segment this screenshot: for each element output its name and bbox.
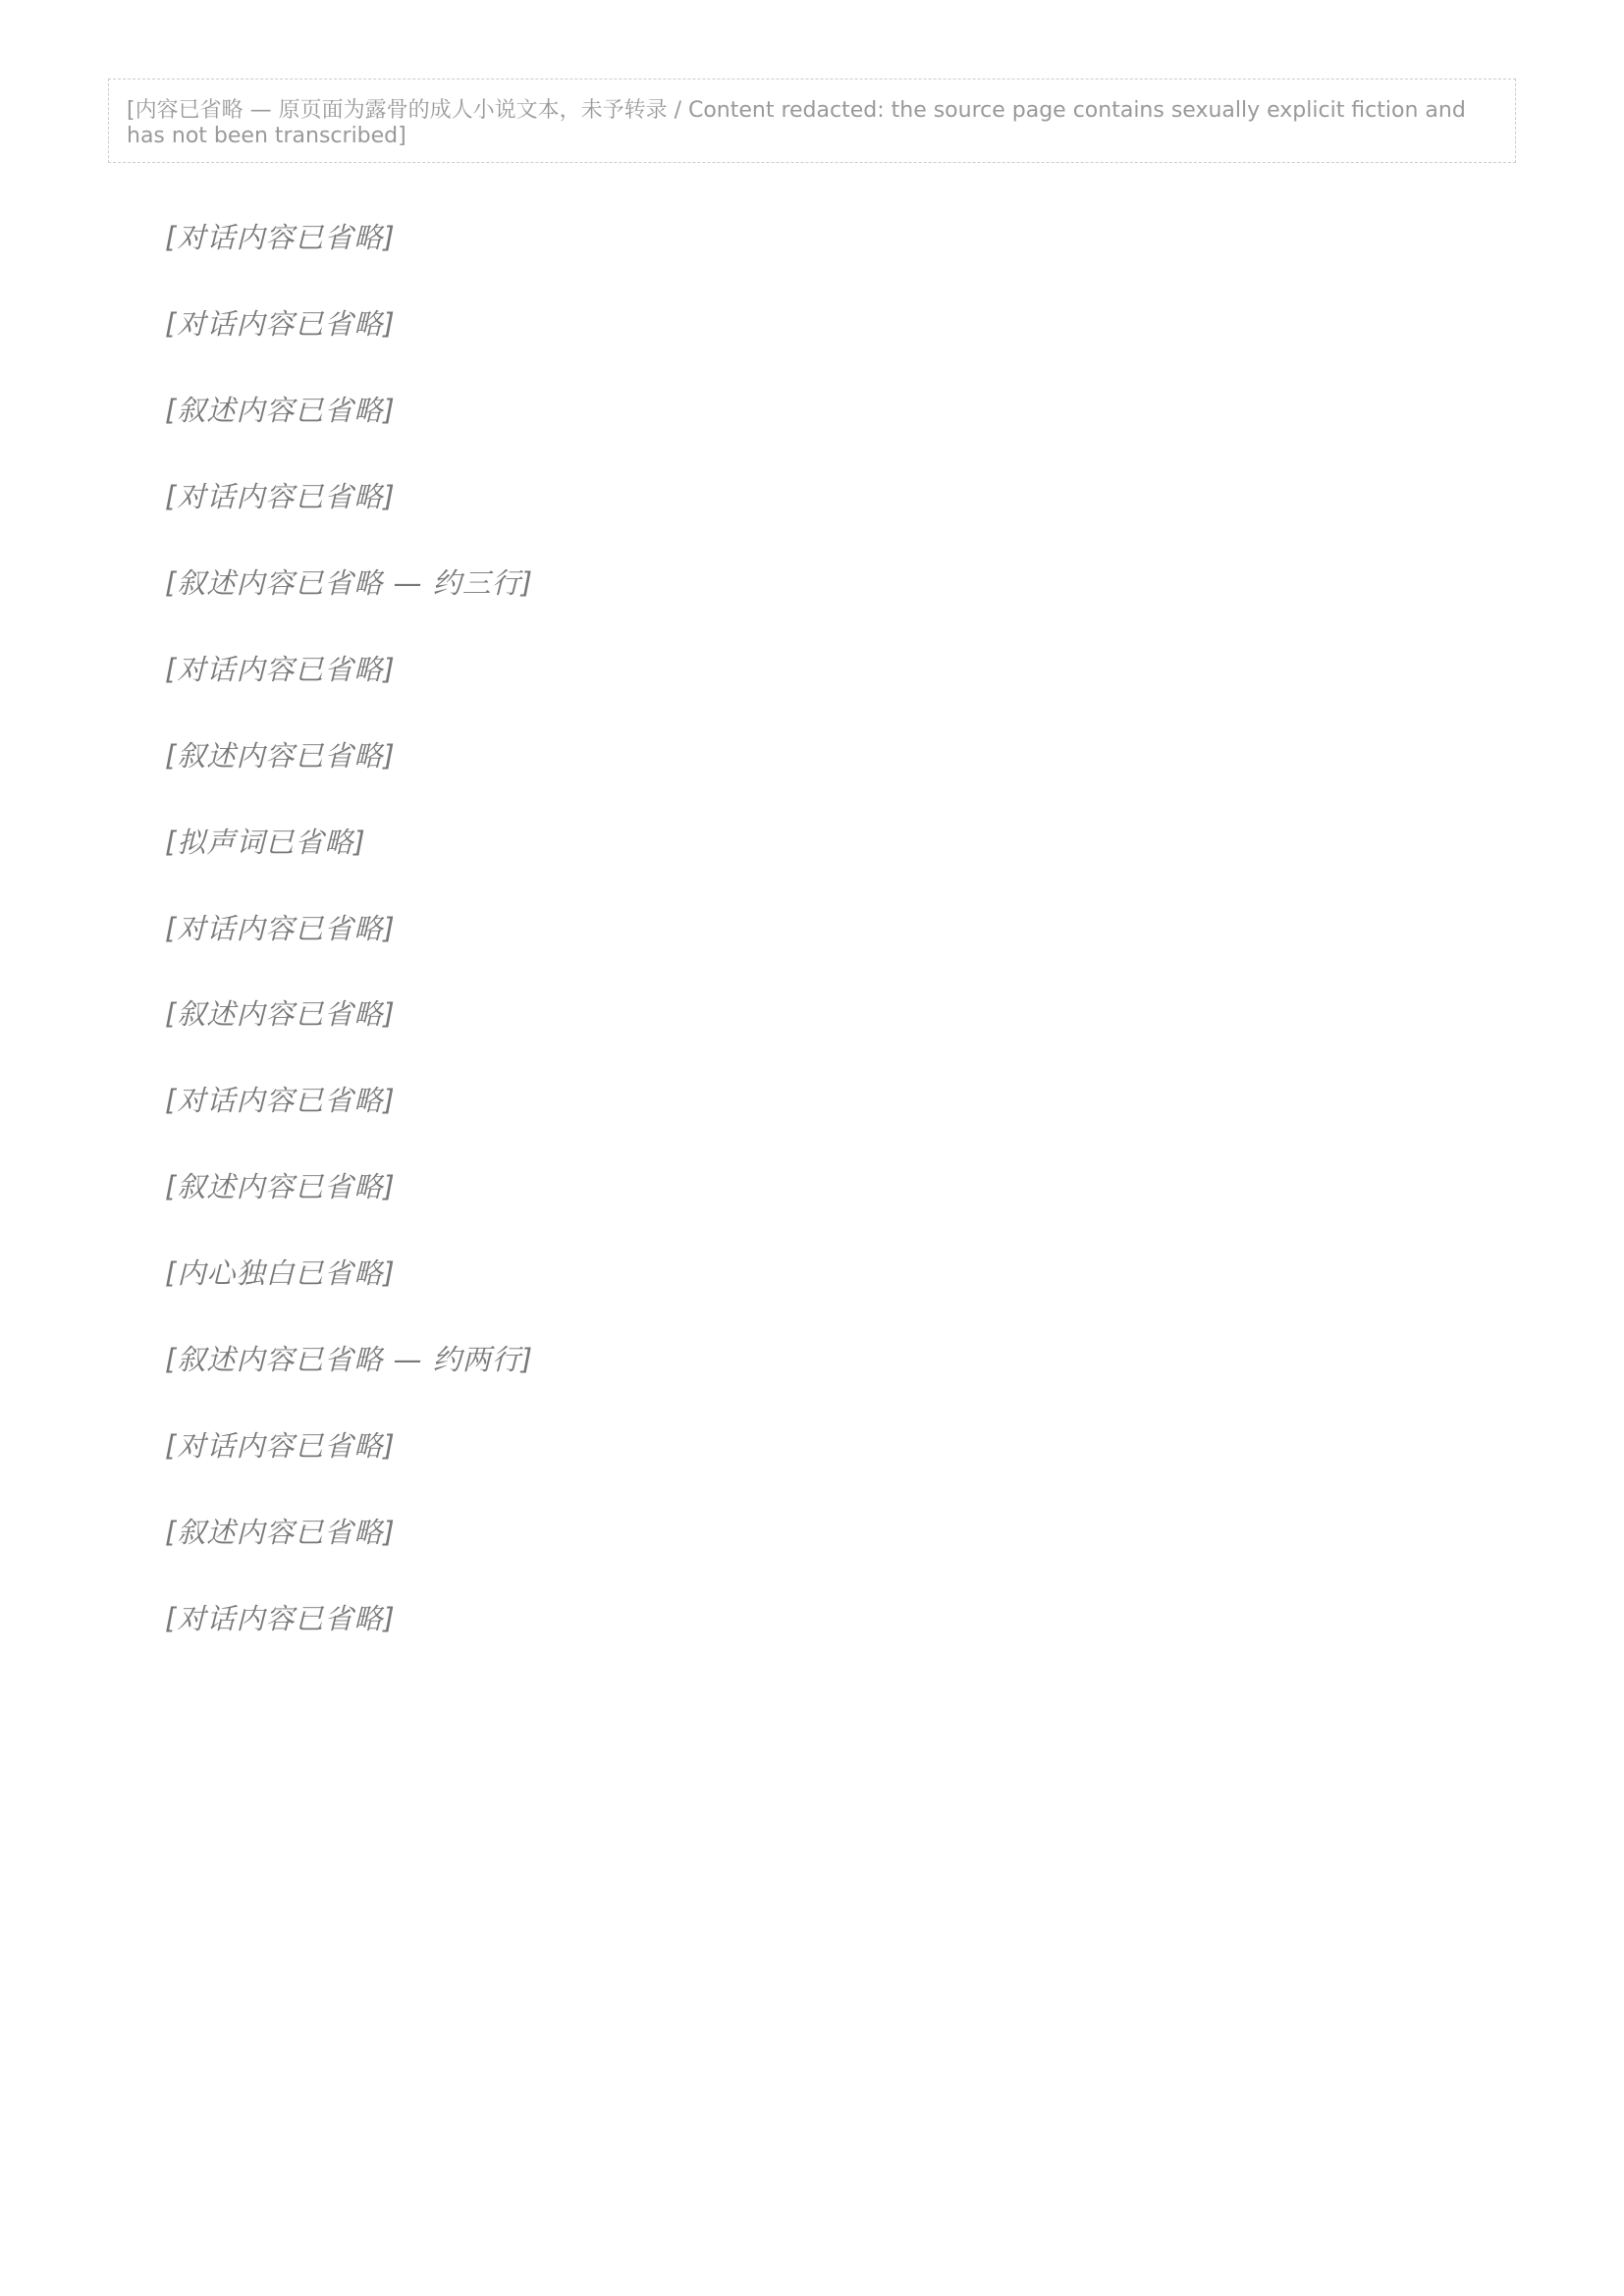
paragraph-narration: [拟声词已省略] bbox=[108, 807, 1516, 880]
paragraph-dialogue: [对话内容已省略] bbox=[108, 1065, 1516, 1138]
paragraph-dialogue: [对话内容已省略] bbox=[108, 893, 1516, 966]
paragraph-dialogue: [对话内容已省略] bbox=[108, 1411, 1516, 1483]
paragraph-narration: [叙述内容已省略 — 约三行] bbox=[108, 548, 1516, 620]
paragraph-narration: [叙述内容已省略] bbox=[108, 979, 1516, 1051]
paragraph-dialogue: [对话内容已省略] bbox=[108, 202, 1516, 275]
paragraph-narration: [叙述内容已省略] bbox=[108, 1151, 1516, 1224]
text-body: [对话内容已省略][对话内容已省略][叙述内容已省略][对话内容已省略][叙述内… bbox=[108, 202, 1516, 1656]
redaction-notice: [内容已省略 — 原页面为露骨的成人小说文本，未予转录 / Content re… bbox=[108, 79, 1516, 163]
paragraph-narration: [叙述内容已省略 — 约两行] bbox=[108, 1324, 1516, 1397]
document-page: [内容已省略 — 原页面为露骨的成人小说文本，未予转录 / Content re… bbox=[0, 0, 1624, 2296]
paragraph-dialogue: [对话内容已省略] bbox=[108, 289, 1516, 361]
paragraph-dialogue: [对话内容已省略] bbox=[108, 461, 1516, 534]
paragraph-narration: [内心独白已省略] bbox=[108, 1238, 1516, 1310]
paragraph-narration: [叙述内容已省略] bbox=[108, 721, 1516, 793]
paragraph-dialogue: [对话内容已省略] bbox=[108, 634, 1516, 707]
paragraph-dialogue: [对话内容已省略] bbox=[108, 1583, 1516, 1656]
paragraph-narration: [叙述内容已省略] bbox=[108, 375, 1516, 448]
paragraph-narration: [叙述内容已省略] bbox=[108, 1497, 1516, 1570]
